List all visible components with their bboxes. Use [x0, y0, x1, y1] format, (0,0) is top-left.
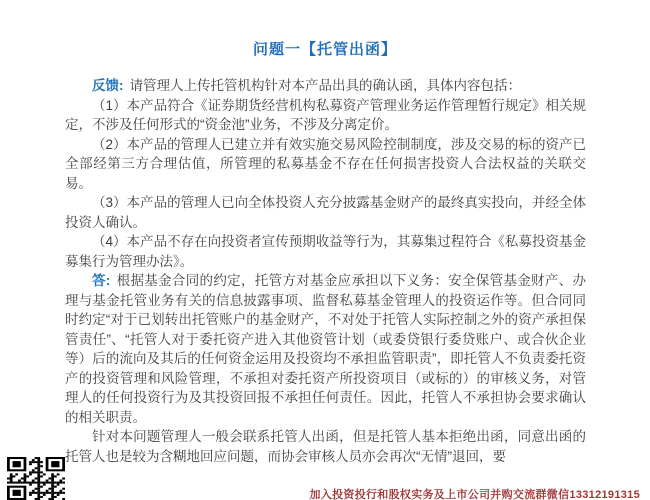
- feedback-label: 反馈:: [92, 78, 124, 93]
- paragraph-commentary: 针对本问题管理人一般会联系托管人出函，但是托管人基本拒绝出函，同意出函的托管人也…: [65, 427, 586, 466]
- paragraph-feedback: 反馈:请管理人上传托管机构针对本产品出具的确认函，具体内容包括：: [65, 76, 586, 96]
- page-title: 问题一【托管出函】: [0, 38, 650, 59]
- qr-code-icon: [7, 457, 65, 500]
- document-page: 问题一【托管出函】 反馈:请管理人上传托管机构针对本产品出具的确认函，具体内容包…: [0, 0, 650, 500]
- paragraph-text: （4）本产品不存在向投资者宣传预期收益等行为，其募集过程符合《私募投资基金募集行…: [65, 234, 586, 269]
- document-body: 反馈:请管理人上传托管机构针对本产品出具的确认函，具体内容包括： （1）本产品符…: [65, 76, 586, 466]
- paragraph-item-4: （4）本产品不存在向投资者宣传预期收益等行为，其募集过程符合《私募投资基金募集行…: [65, 232, 586, 271]
- paragraph-item-1: （1）本产品符合《证券期货经营机构私募资产管理业务运作管理暂行规定》相关规定，不…: [65, 96, 586, 135]
- paragraph-text: （1）本产品符合《证券期货经营机构私募资产管理业务运作管理暂行规定》相关规定，不…: [65, 98, 586, 133]
- paragraph-item-2: （2）本产品的管理人已建立并有效实施交易风险控制制度，涉及交易的标的资产已全部经…: [65, 135, 586, 194]
- footer-contact-text: 加入投资投行和股权实务及上市公司并购交流群微信13312191315: [310, 486, 641, 500]
- answer-label: 答:: [92, 273, 110, 288]
- paragraph-text: 请管理人上传托管机构针对本产品出具的确认函，具体内容包括：: [130, 78, 522, 93]
- paragraph-text: （3）本产品的管理人已向全体投资人充分披露基金财产的最终真实投向，并经全体投资人…: [65, 195, 586, 230]
- paragraph-answer: 答:根据基金合同的约定，托管方对基金应承担以下义务：安全保管基金财产、办理与基金…: [65, 271, 586, 427]
- paragraph-text: 根据基金合同的约定，托管方对基金应承担以下义务：安全保管基金财产、办理与基金托管…: [65, 273, 586, 425]
- paragraph-item-3: （3）本产品的管理人已向全体投资人充分披露基金财产的最终真实投向，并经全体投资人…: [65, 193, 586, 232]
- paragraph-text: （2）本产品的管理人已建立并有效实施交易风险控制制度，涉及交易的标的资产已全部经…: [65, 137, 586, 191]
- paragraph-text: 针对本问题管理人一般会联系托管人出函，但是托管人基本拒绝出函，同意出函的托管人也…: [65, 429, 586, 464]
